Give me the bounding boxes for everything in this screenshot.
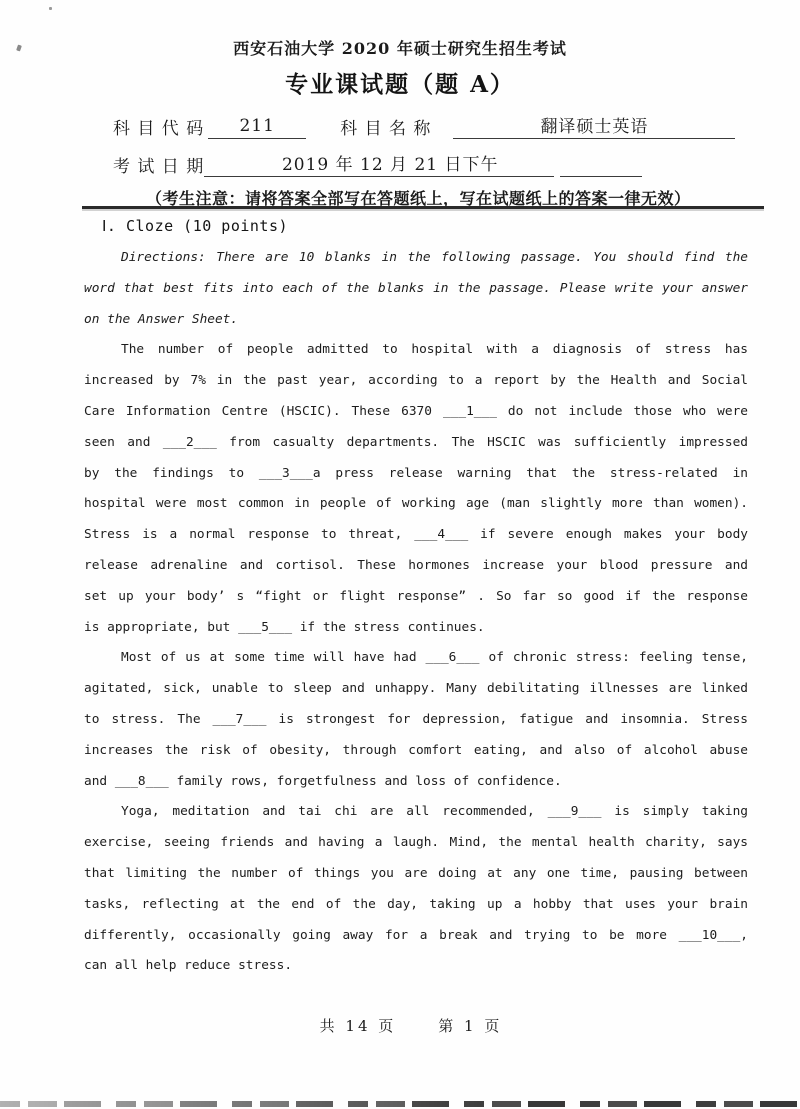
passage-line: by the findings to ___3___a press releas… (84, 459, 748, 490)
passage-line: Care Information Centre (HSCIC). These 6… (84, 397, 748, 428)
passage-line: release adrenaline and cortisol. These h… (84, 551, 748, 582)
subject-name-value: 翻译硕士英语 (453, 112, 735, 139)
header-divider-rule (82, 206, 764, 209)
passage-line: seen and ___2___ from casualty departmen… (84, 428, 748, 459)
passage-line: tasks, reflecting at the end of the day,… (84, 890, 748, 921)
passage-line: Stress is a normal response to threat, _… (84, 520, 748, 551)
passage-line: is appropriate, but ___5___ if the stres… (84, 613, 748, 644)
exam-date-value: 2019 年 12 月 21 日下午 (204, 150, 554, 177)
passage-line: on the Answer Sheet. (84, 305, 748, 336)
current-page: 第 1 页 (438, 1015, 502, 1036)
university-header: 西安石油大学 2020 年硕士研究生招生考试 (0, 36, 800, 59)
passage-line: exercise, seeing friends and having a la… (84, 828, 748, 859)
passage-line: Most of us at some time will have had __… (84, 643, 748, 674)
paper-title: 专业课试题（题 A） (0, 66, 800, 99)
passage-line: set up your body’ s “fight or flight res… (84, 582, 748, 613)
subject-code-label: 科 目 代 码 (113, 114, 204, 139)
page-footer: 共 14 页 第 1 页 (11, 1015, 800, 1036)
passage-line: word that best fits into each of the bla… (84, 274, 748, 305)
passage-line: agitated, sick, unable to sleep and unha… (84, 674, 748, 705)
exam-date-label: 考 试 日 期 (113, 152, 204, 177)
passage-line: The number of people admitted to hospita… (84, 335, 748, 366)
scan-speck-top (49, 7, 52, 10)
exam-paper-page: 西安石油大学 2020 年硕士研究生招生考试 专业课试题（题 A） 科 目 代 … (0, 0, 800, 1109)
passage-line: that limiting the number of things you a… (84, 859, 748, 890)
exam-date-row: 考 试 日 期2019 年 12 月 21 日下午 (113, 150, 642, 177)
total-pages: 共 14 页 (320, 1015, 397, 1036)
passage-line: differently, occasionally going away for… (84, 921, 748, 952)
passage-line: to stress. The ___7___ is strongest for … (84, 705, 748, 736)
passage-line: Yoga, meditation and tai chi are all rec… (84, 797, 748, 828)
scan-noise-strip (0, 1101, 800, 1107)
passage-body: Directions: There are 10 blanks in the f… (84, 243, 748, 982)
passage-line: can all help reduce stress. (84, 951, 748, 982)
passage-line: increases the risk of obesity, through c… (84, 736, 748, 767)
subject-name-label: 科 目 名 称 (340, 114, 431, 139)
passage-line: Directions: There are 10 blanks in the f… (84, 243, 748, 274)
exam-date-trailing-blank (560, 154, 642, 177)
passage-line: increased by 7% in the past year, accord… (84, 366, 748, 397)
passage-line: hospital were most common in people of w… (84, 489, 748, 520)
subject-row: 科 目 代 码211科 目 名 称翻译硕士英语 (113, 112, 735, 139)
subject-code-value: 211 (208, 116, 306, 139)
passage-line: and ___8___ family rows, forgetfulness a… (84, 767, 748, 798)
section-heading: Ⅰ. Cloze (10 points) (102, 217, 288, 235)
